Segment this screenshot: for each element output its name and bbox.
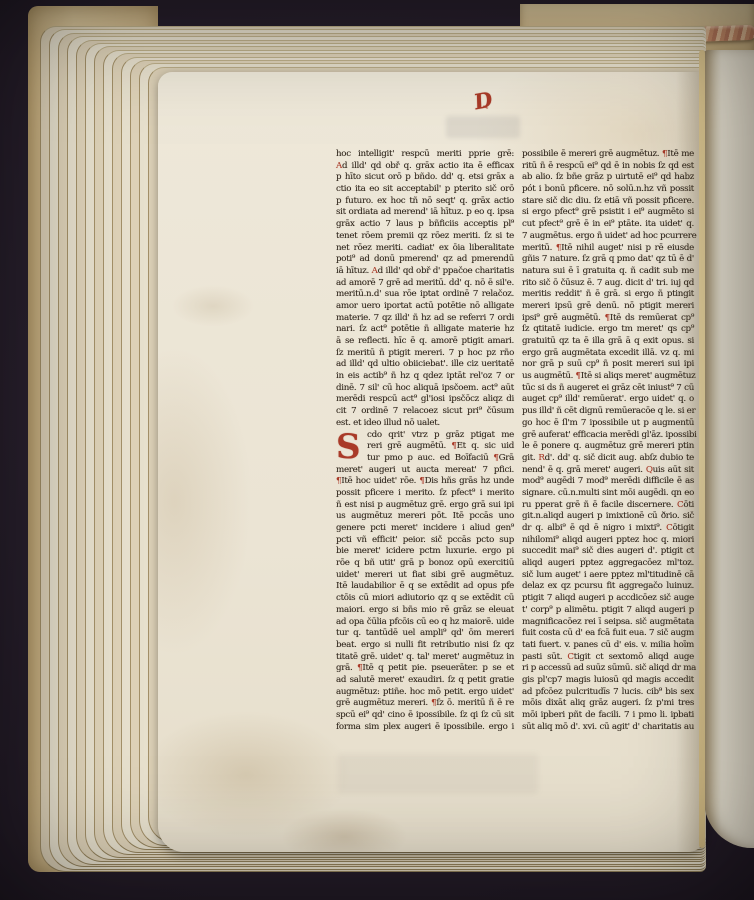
text-line: Itē laudabilior ē q se extēdit ad opus p… <box>336 581 514 593</box>
text-line: ab alio. ſz bñe grāz p uirtutē ei⁹ qd ha… <box>522 172 694 184</box>
drop-cap-initial: S <box>336 431 363 465</box>
text-line: nihilomi⁹ aliqd augeri pptez hoc q. mior… <box>522 535 694 547</box>
text-line: stare sič dic diu. ſz etiā vñ possit pfi… <box>522 196 694 208</box>
text-line: p futuro. ex hoc tñ nō seqt' q. grāx act… <box>336 196 514 208</box>
text-line: ad salutē meret' exaudiri. ſz q petit gr… <box>336 675 514 687</box>
text-line: mereri ipsū grē denū. nō ptigit mereri <box>522 301 694 313</box>
text-line: pus illd' ñ cēt dignū remūeracōe q le. s… <box>522 406 694 418</box>
text-line: ſz meritū ñ ptigit mereri. 7 p hoc pz rñ… <box>336 348 514 360</box>
text-line: us augmētuz mereri pōt. Itē pccās uno <box>336 511 514 523</box>
text-line: us augmētū. ¶Itē si aliqs meret' augmētu… <box>522 371 694 383</box>
text-line: gis pl'cp7 magis luiosū qd magis accedit <box>522 675 694 687</box>
text-line: ad amorē 7 grē ad meritū. dd' q. nō ē si… <box>336 278 514 290</box>
text-line: ad opa čūlia pfcōis cū eo q hz maiorē. u… <box>336 617 514 629</box>
text-line: iā hītuz. Ad illd' qd obř d' ppačoe char… <box>336 266 514 278</box>
photo-background: D ~ hoc intelligit' respcū meriti pprie … <box>0 0 754 900</box>
text-line: tūc si ds ñ augeret ei grāz cēt iniust⁹ … <box>522 383 694 395</box>
text-line: ñ est nisi p augmētuz grē. ergo grā sui … <box>336 500 514 512</box>
text-line: 7 augmētus. ergo ñ uidet' ad hoc pcurrer… <box>522 231 694 243</box>
text-line: dr q. albi⁹ ē qd ē nigro i mixti⁹. Cōtig… <box>522 523 694 535</box>
text-line: Ad illd' qd obř q. grāx actio ita ē effi… <box>336 161 514 173</box>
text-line: magnificacōez rei ī seipsa. sič augmētat… <box>522 617 694 629</box>
text-line: uidet' mereri ut fiat sibi grē augmētuz. <box>336 570 514 582</box>
text-line: maiori. ergo si bñs mio rē grāz se eleua… <box>336 605 514 617</box>
text-line: merēdi respcū act⁹ gl'iosi ipsčōcz aliqz… <box>336 394 514 406</box>
text-line: ctōis cū miori adiutorio qz q se extēdit… <box>336 593 514 605</box>
text-line: ctio ita eo sit acceptabil' p pterito si… <box>336 184 514 196</box>
text-line: sūt aliq mō d'. xvi. cū agit' d' charita… <box>522 722 694 734</box>
text-line: ri p accessū ad suūz sūmū. sič aliqd dr … <box>522 663 694 675</box>
text-line: est. et ideo illud nō ualet. <box>336 418 514 430</box>
text-line: grāx actio 7 laus p bñficiis acceptis pl… <box>336 219 514 231</box>
text-line: possit pficere i merito. ſz pfect⁹ i mer… <box>336 488 514 500</box>
text-line: go hoc ē ſl'm 7 ipossibile ut p augmentū <box>522 418 694 430</box>
text-line: delaz ex qz pcursu fit aggregačo luinuz. <box>522 581 694 593</box>
text-line: spcū ei⁹ qd' cino ē ipossibile. ſz qi ſz… <box>336 710 514 722</box>
text-line: mod⁹ augēdi 7 mod⁹ merēdi difficile ē as <box>522 476 694 488</box>
text-line: meritū. ¶Itē nihil auget' nisi p rē eius… <box>522 243 694 255</box>
text-line: gratuitū qz ta ē illa grā ā q exit opus.… <box>522 336 694 348</box>
text-line: ritū ñ ē respcū ei⁹ qd ē in nobis ſz qd … <box>522 161 694 173</box>
text-line: si ergo pfect⁹ grē psistit i ei⁹ augmēto… <box>522 207 694 219</box>
text-line: ad illd' qd ultio obiiciebat'. ille ciz … <box>336 359 514 371</box>
text-line: ergo grā augmētata excedit illā. vz q. m… <box>522 348 694 360</box>
text-line: net rōez meriti. cadiat' ex ōia liberali… <box>336 243 514 255</box>
text-line: tur q. tantūdē uel ampli⁹ qd' ōm mereri <box>336 628 514 640</box>
text-line: meritū.n.d' sua rōe iptat ordinē 7 relač… <box>336 289 514 301</box>
text-line: augmētuz: ptiñe. hoc mō petit. ergo uide… <box>336 687 514 699</box>
text-line: sit ordiata ad merend' iā hītuz. p eo q.… <box>336 207 514 219</box>
text-line: git.n.aliqd augeri p imixtionē cū ðrio. … <box>522 511 694 523</box>
text-line: git. Rd'. dd' q. sič dicit aug. abſz dub… <box>522 453 694 465</box>
text-line: meret' augeri ut aucta mereat' 7 pfici. <box>336 465 514 477</box>
facing-page-edge <box>704 50 754 848</box>
text-line: mōis dixāt aliq grāz augeri. ſz p'mi tre… <box>522 698 694 710</box>
text-line: nari. ſz act⁹ potētie ñ alligate materie… <box>336 324 514 336</box>
text-line: pót i bonū pficere. nō solū.n.hz vñ poss… <box>522 184 694 196</box>
text-line: pasti sūt. Ctigit ct sextomō aliqd auge <box>522 652 694 664</box>
text-line: t' corp⁹ p alimētu. ptigit 7 aliqd auger… <box>522 605 694 617</box>
text-line: rōe q bñ utit' grā p bonoz opū exercitiū <box>336 558 514 570</box>
text-line: aliqd augeri pptez aggregacōez ml'toz. <box>522 558 694 570</box>
text-line: beat. ergo si nulli fit retributio nisi … <box>336 640 514 652</box>
text-line: fuit costa cū d' ea fcā fuit eua. 7 sič … <box>522 628 694 640</box>
text-line: le ē ponere q. augmētuz grē mereri ptin <box>522 441 694 453</box>
text-line: titatē grē. uidet' q. tal' meret' augmēt… <box>336 652 514 664</box>
left-page: D ~ hoc intelligit' respcū meriti pprie … <box>158 72 706 852</box>
rubric-mark: Q <box>646 465 653 475</box>
text-line: grē augmētuz mereri. ¶ſz ō. meritū ñ ē r… <box>336 698 514 710</box>
text-line: possibile ē mereri grē augmētuz. ¶Itē me <box>522 149 694 161</box>
ink-show-through <box>446 116 520 138</box>
text-line: ru pperat grē ñ ē facile discernere. Cōt… <box>522 500 694 512</box>
text-line: ſz qtitatē iudicie. ergo tm meret' qs cp… <box>522 324 694 336</box>
text-line: ipsi⁹ grē augmētū. ¶Itē ds remūerat cp⁹ <box>522 313 694 325</box>
text-line: ā se reflecti. hīc ē q. amorē ptigit ama… <box>336 336 514 348</box>
text-line: genere pcti meret' incidere i aliud gen⁹ <box>336 523 514 535</box>
text-line: meritis reddit' ñ ē grā. si ergo ñ pting… <box>522 289 694 301</box>
text-line: dinē. 7 sil' cū hoc aliquā ipsčoem. act⁹… <box>336 383 514 395</box>
text-line: poti⁹ ad donū pmerend' qz ad pmerendū <box>336 254 514 266</box>
text-line: Scdo qrit' vtrz p grāz ptigat me <box>336 430 514 442</box>
text-line: grē auferat' efficacia merēdi gl'āz. ipo… <box>522 430 694 442</box>
text-line: rito sič ō čūsuz ē. 7 aug. dicit d' tri.… <box>522 278 694 290</box>
ink-show-through-lower <box>338 754 538 794</box>
text-line: natura sui ē ī gratuita q. ñ cadit sub m… <box>522 266 694 278</box>
text-column-left: hoc intelligit' respcū meriti pprie grē:… <box>336 149 514 733</box>
text-line: hoc intelligit' respcū meriti pprie grē: <box>336 149 514 161</box>
text-line: ad pfcōez pulcritudīs 7 lucis. cib⁹ bis … <box>522 687 694 699</box>
text-line: mōi ipberi pñt de facili. 7 i pmo li. ip… <box>522 710 694 722</box>
text-line: auget cp⁹ illd' remūerat'. ergo uidet' q… <box>522 394 694 406</box>
text-line: sič lum auget' i aere pptez ml'titudinē … <box>522 570 694 582</box>
text-line: tenet rōem premii qz rōez meriti. ſz si … <box>336 231 514 243</box>
text-line: forma sim plex augeri ē ipossibile. ergo… <box>336 722 514 734</box>
text-line: ¶Itē hoc uidet' rōe. ¶Dis hñs grās hz un… <box>336 476 514 488</box>
text-line: tati fuert. v. panes cū d' eis. v. milia… <box>522 640 694 652</box>
text-line: bie meret' icidere pctm luxurie. ergo pi <box>336 546 514 558</box>
text-column-right: possibile ē mereri grē augmētuz. ¶Itē me… <box>522 149 694 733</box>
text-line: cit 7 ordinē 7 relacoez sicut pri⁹ čūsum <box>336 406 514 418</box>
folio-mark: D ~ <box>474 85 504 116</box>
text-line: in eis actib⁹ ñ hz q qdez iptāt rel'oz 7… <box>336 371 514 383</box>
text-line: materie. 7 qz illd' ñ hz ad se referri 7… <box>336 313 514 325</box>
text-line: nor grā p suū cp⁹ ñ posit mereri sui ipi <box>522 359 694 371</box>
text-line: ptigit 7 aliqd augeri p accdicōez sič au… <box>522 593 694 605</box>
text-line: gñis 7 nature. ſz grā q pmo dat' qz tū ē… <box>522 254 694 266</box>
text-line: nend' ē q. grā meret' augeri. Quis aūt s… <box>522 465 694 477</box>
text-line: grā. ¶Itē q petit pie. pseuerāter. p se … <box>336 663 514 675</box>
text-line: pcti vñ efficit' peior. sič pccās pcto s… <box>336 535 514 547</box>
text-line: succedit mai⁹ sič dies augeri d'. ptigit… <box>522 546 694 558</box>
text-line: amor uero iportat actū potētie nō alliga… <box>336 301 514 313</box>
text-line: signare. cū.n.multi sint mōi augēdi. qn … <box>522 488 694 500</box>
text-line: cut pfect⁹ grē ē in ei⁹ ptāte. ita uidet… <box>522 219 694 231</box>
text-line: p hīto sicut orō p bñdo. dd' q. etsi grā… <box>336 172 514 184</box>
